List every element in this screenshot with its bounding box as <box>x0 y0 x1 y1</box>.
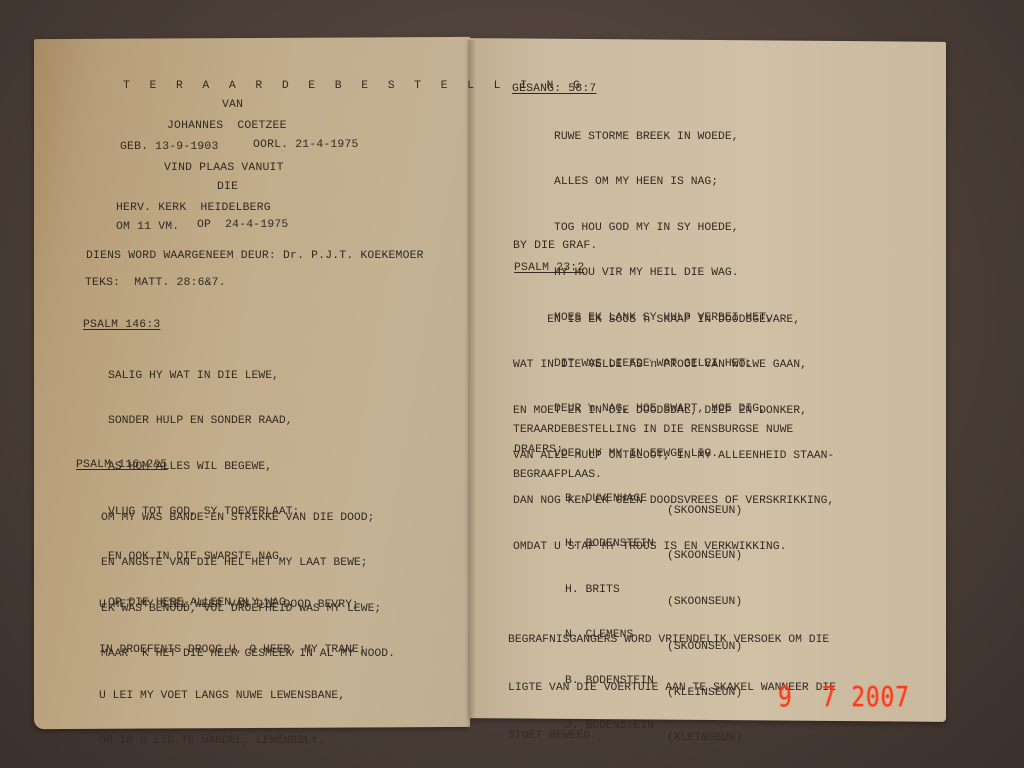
scripture-text: TEKS: MATT. 28:6&7. <box>85 276 226 291</box>
verse-line: ALLES OM MY HEEN IS NAG; <box>554 175 773 190</box>
bearer-name: H. BODENSTEIN <box>565 538 654 550</box>
burial-line: TERAARDEBESTELLING IN DIE RENSBURGSE NUW… <box>513 423 793 438</box>
verse-line: U LEI MY VOET LANGS NUWE LEWENSBANE, <box>99 689 366 704</box>
bearer-row: H. BODENSTEIN (SKOONSEUN) <box>565 526 592 547</box>
bearer-name: H. BRITS <box>565 584 620 596</box>
verse-line: RUWE STORME BREEK IN WOEDE, <box>554 130 773 145</box>
psalm-116-heading: PSALM 116:2&5 <box>76 458 167 473</box>
bearer-relation: (SKOONSEUN) <box>667 550 742 562</box>
takes-place-from: VIND PLAAS VANUIT <box>164 161 284 176</box>
verse-line: WAT IN DIE VELDE AS ŉ PROOI VAN WOLWE GA… <box>513 358 834 373</box>
service-time: OM 11 VM. <box>116 220 179 235</box>
psalm-146-heading: PSALM 146:3 <box>83 318 160 333</box>
verse-line: SONDER HULP EN SONDER RAAD, <box>108 414 299 429</box>
church-name: HERV. KERK HEIDELBERG <box>116 201 271 216</box>
verse-line: OM MY WAS BANDE-EN STRIKKE VAN DIE DOOD; <box>101 511 395 526</box>
service-date: OP 24-4-1975 <box>197 218 288 233</box>
birth-date: GEB. 13-9-1903 <box>120 140 219 155</box>
notice-line: BEGRAFNISGANGERS WORD VRIENDELIK VERSOEK… <box>508 632 836 648</box>
psalm-116-stanza-2: U HET MY SIEL WEER VAN DIE DOOD BEVRY; I… <box>99 568 366 764</box>
bearer-row: B. DUVENHAGE (SKOONSEUN) <box>565 481 592 502</box>
deceased-name: JOHANNES COETZEE <box>167 119 287 134</box>
bearer-relation: (SKOONSEUN) <box>667 505 742 517</box>
gesang-heading: GESANG: 58:7 <box>512 82 596 97</box>
die-label: DIE <box>217 180 238 195</box>
death-date: OORL. 21-4-1975 <box>253 138 359 153</box>
bearer-row: H. BRITS (SKOONSEUN) <box>565 572 592 593</box>
officiant: DIENS WORD WAARGENEEM DEUR: Dr. P.J.T. K… <box>86 249 424 264</box>
verse-line: EN IS EK SOOS ŉ SKAAP IN DOODSGEVARE, <box>513 313 834 328</box>
photo-date-stamp: 9 7 2007 <box>778 683 910 711</box>
verse-line: SALIG HY WAT IN DIE LEWE, <box>108 369 299 384</box>
page-fold <box>466 40 476 728</box>
verse-line: TOG HOU GOD MY IN SY HOEDE, <box>554 221 773 236</box>
verse-line: HY HOU VIR MY HEIL DIE WAG. <box>554 266 773 281</box>
verse-line: OM IN U LIG TE WANDEL, LEWENSBLY. <box>99 734 366 749</box>
bearer-name: B. DUVENHAGE <box>565 493 647 505</box>
verse-line: U HET MY SIEL WEER VAN DIE DOOD BEVRY; <box>99 598 366 613</box>
bearers-label: DRAERS: <box>514 443 563 458</box>
verse-line: IN DROEFENIS DROOG U, O HEER, MY TRANE; <box>99 643 366 658</box>
burial-line: BEGRAAFPLAAS. <box>513 468 793 483</box>
by-the-grave: BY DIE GRAF. <box>513 239 597 254</box>
psalm-23-heading: PSALM 23:2 <box>514 261 584 276</box>
title-van: VAN <box>222 98 243 113</box>
notice-line: STOET BEWEEG. <box>508 728 836 744</box>
